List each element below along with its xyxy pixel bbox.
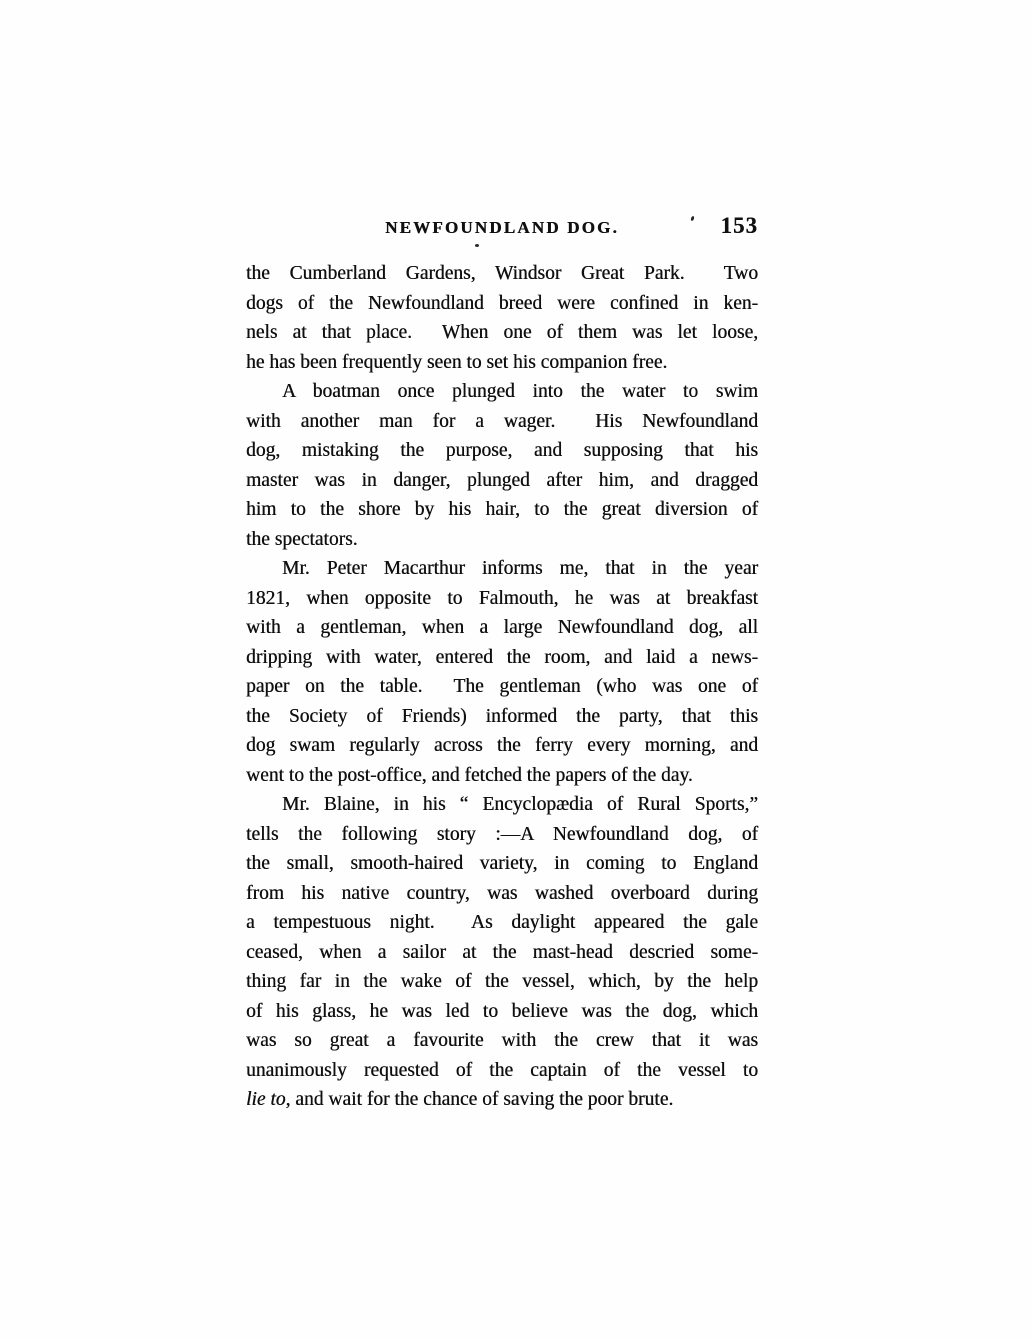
text-line: A boatman once plunged into the water to… bbox=[246, 377, 758, 407]
scan-speckle bbox=[475, 244, 479, 247]
text-line: 1821, when opposite to Falmouth, he was … bbox=[246, 584, 758, 614]
paragraph: the Cumberland Gardens, Windsor Great Pa… bbox=[246, 259, 758, 377]
text-line: was so great a favourite with the crew t… bbox=[246, 1026, 758, 1056]
text-line: the small, smooth-haired variety, in com… bbox=[246, 849, 758, 879]
paragraph: A boatman once plunged into the water to… bbox=[246, 377, 758, 554]
page-number: 153 bbox=[721, 213, 759, 239]
text-line: the Cumberland Gardens, Windsor Great Pa… bbox=[246, 259, 758, 289]
text-line: him to the shore by his hair, to the gre… bbox=[246, 495, 758, 525]
text-line: dogs of the Newfoundland breed were conf… bbox=[246, 289, 758, 319]
text-line: Mr. Peter Macarthur informs me, that in … bbox=[246, 554, 758, 584]
text-line: dog swam regularly across the ferry ever… bbox=[246, 731, 758, 761]
text-line: a tempestuous night. As daylight appeare… bbox=[246, 908, 758, 938]
text-line: master was in danger, plunged after him,… bbox=[246, 466, 758, 496]
text-line: Mr. Blaine, in his “ Encyclopædia of Rur… bbox=[246, 790, 758, 820]
text-line: paper on the table. The gentleman (who w… bbox=[246, 672, 758, 702]
paragraph: Mr. Peter Macarthur informs me, that in … bbox=[246, 554, 758, 790]
text-line: he has been frequently seen to set his c… bbox=[246, 348, 758, 378]
scanned-book-page: NEWFOUNDLAND DOG. 153 the Cumberland Gar… bbox=[0, 0, 1033, 1339]
text-line: the spectators. bbox=[246, 525, 758, 555]
plain-text: and wait for the chance of saving the po… bbox=[290, 1089, 673, 1110]
running-header: NEWFOUNDLAND DOG. 153 bbox=[246, 214, 758, 244]
text-line: unanimously requested of the captain of … bbox=[246, 1056, 758, 1086]
text-line: from his native country, was washed over… bbox=[246, 879, 758, 909]
paragraph: Mr. Blaine, in his “ Encyclopædia of Rur… bbox=[246, 790, 758, 1115]
page-body: the Cumberland Gardens, Windsor Great Pa… bbox=[246, 259, 758, 1115]
text-line: the Society of Friends) informed the par… bbox=[246, 702, 758, 732]
italic-text: lie to, bbox=[246, 1089, 290, 1110]
text-line: dripping with water, entered the room, a… bbox=[246, 643, 758, 673]
text-line: tells the following story :—A Newfoundla… bbox=[246, 820, 758, 850]
text-line: went to the post-office, and fetched the… bbox=[246, 761, 758, 791]
text-line: lie to, and wait for the chance of savin… bbox=[246, 1085, 758, 1115]
text-line: nels at that place. When one of them was… bbox=[246, 318, 758, 348]
text-line: of his glass, he was led to believe was … bbox=[246, 997, 758, 1027]
text-line: ceased, when a sailor at the mast-head d… bbox=[246, 938, 758, 968]
page-title: NEWFOUNDLAND DOG. bbox=[246, 218, 758, 238]
text-line: thing far in the wake of the vessel, whi… bbox=[246, 967, 758, 997]
text-line: with a gentleman, when a large Newfoundl… bbox=[246, 613, 758, 643]
text-line: with another man for a wager. His Newfou… bbox=[246, 407, 758, 437]
text-line: dog, mistaking the purpose, and supposin… bbox=[246, 436, 758, 466]
